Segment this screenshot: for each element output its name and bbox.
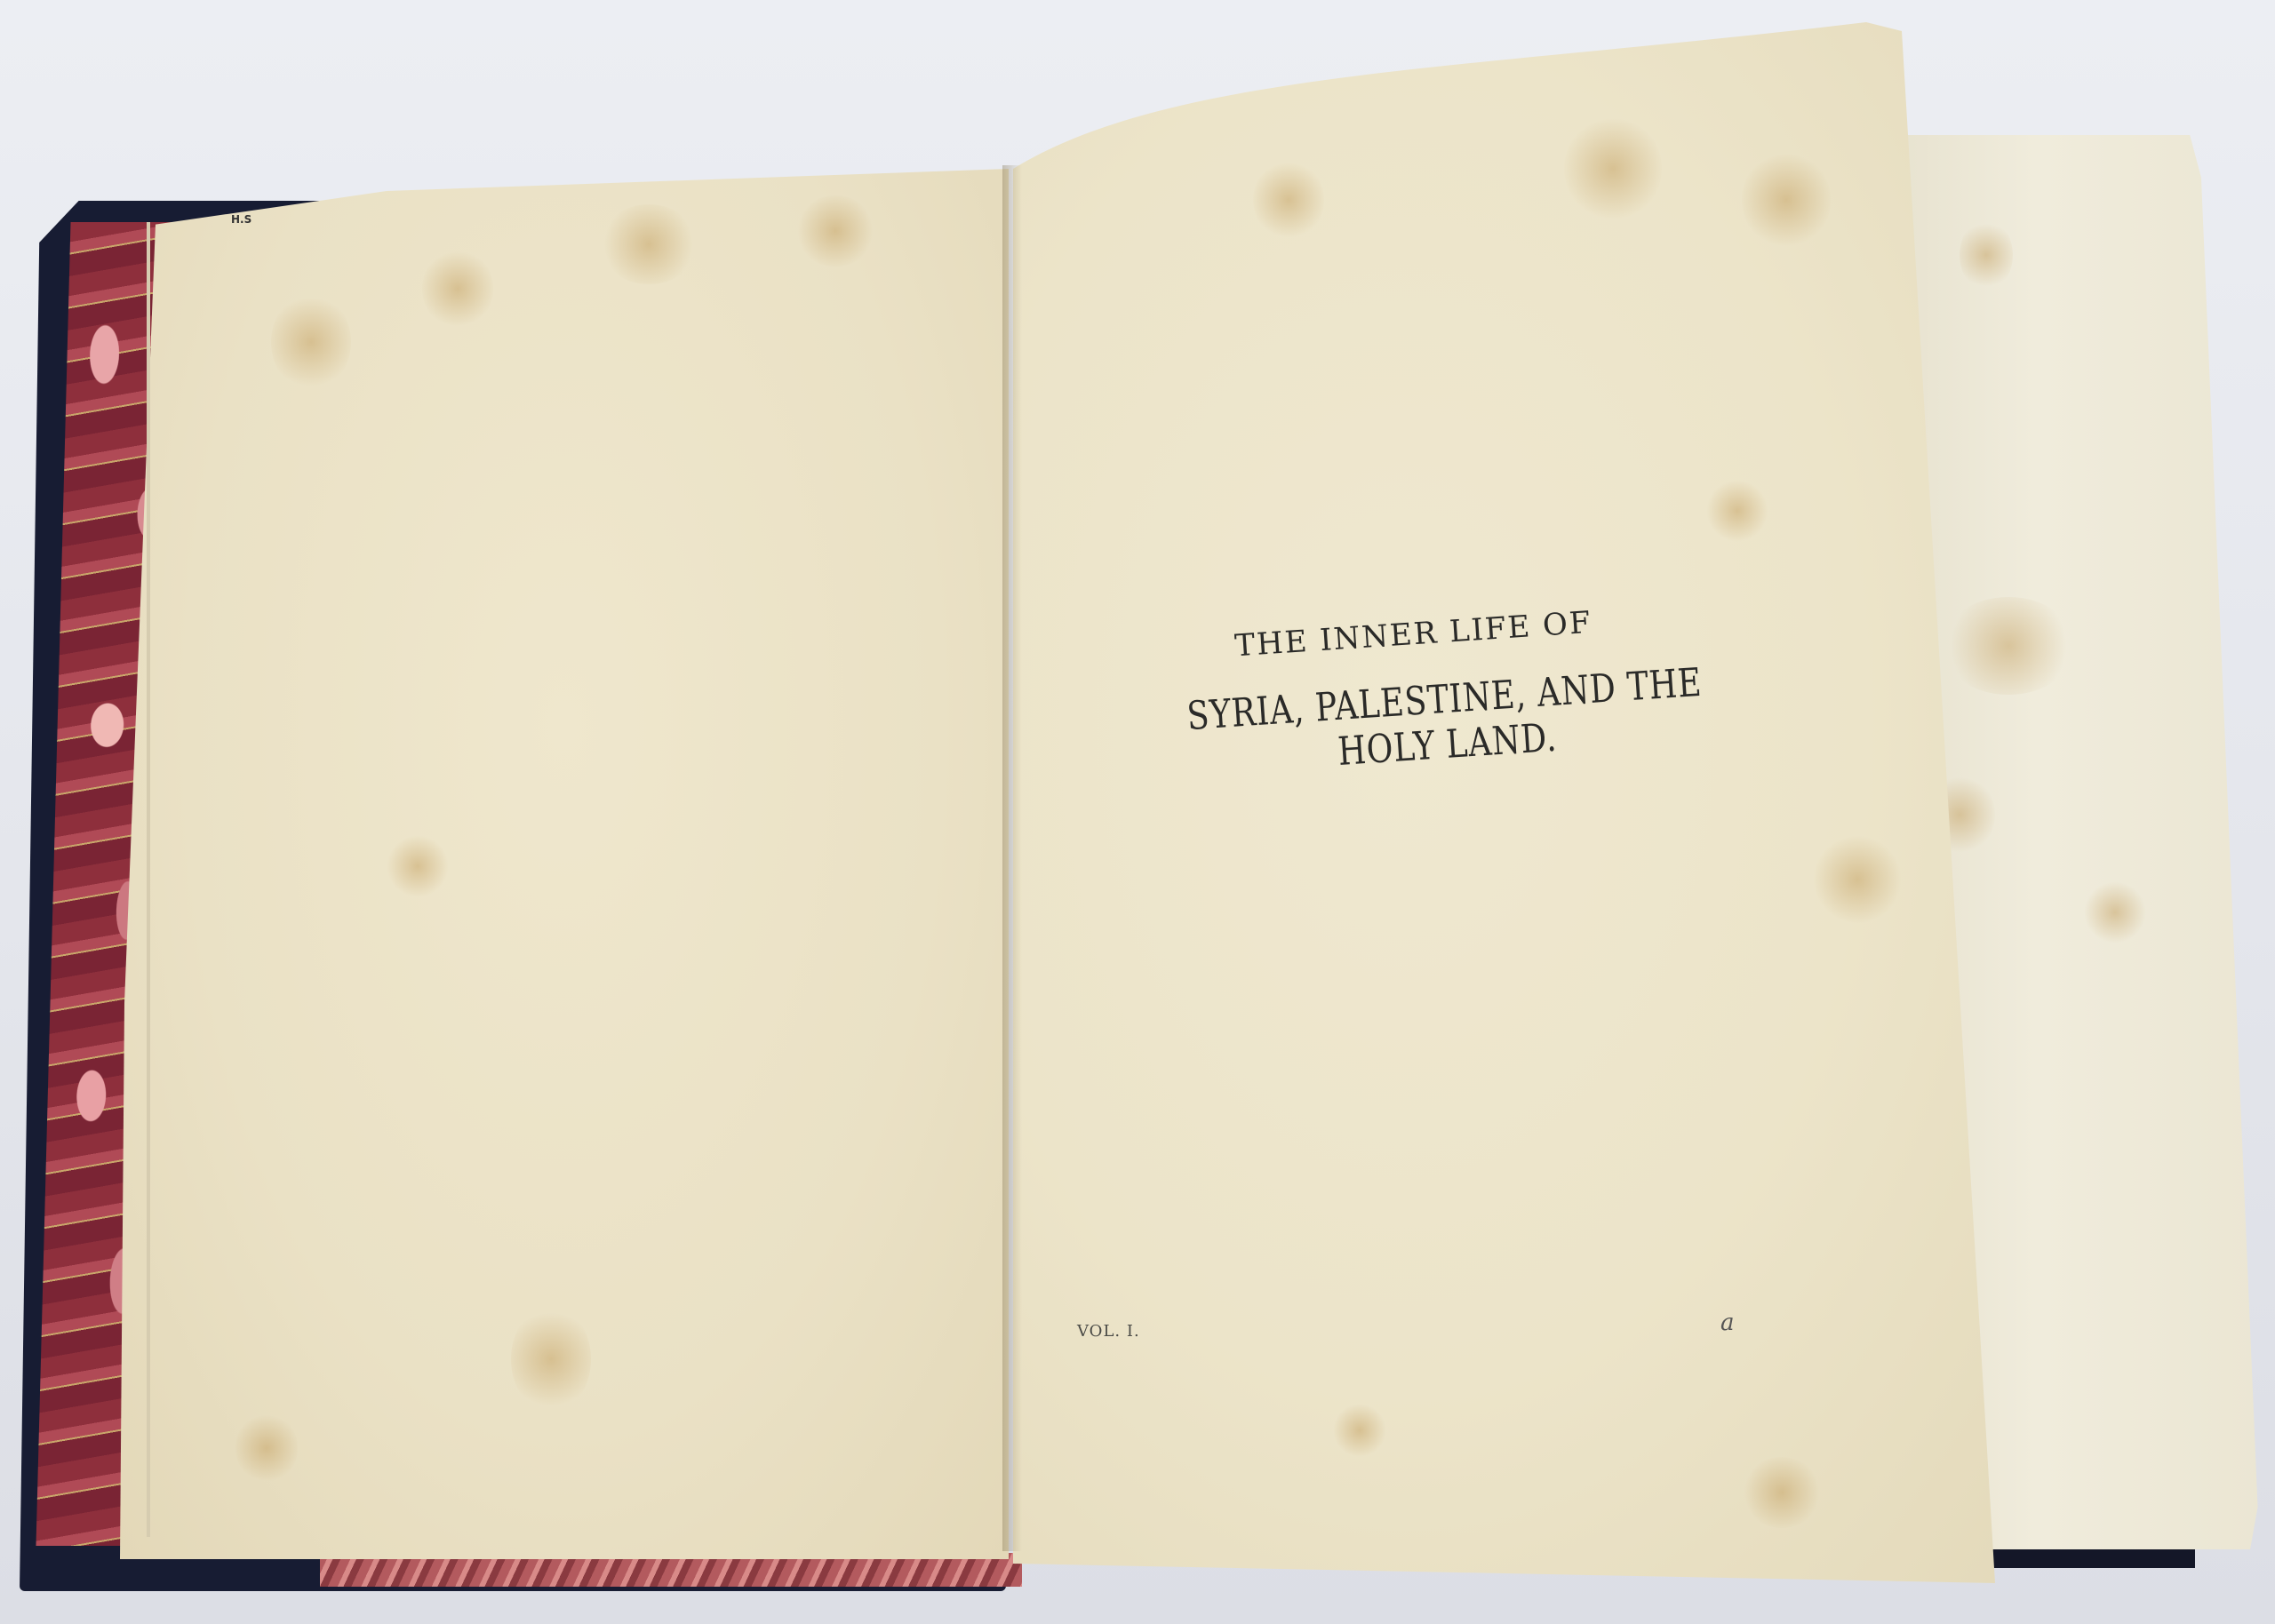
volume-label: VOL. I. — [1077, 1322, 1140, 1341]
signature-mark: a — [1720, 1310, 1735, 1336]
corner-mark: H.S — [231, 213, 251, 226]
foxing-stain — [795, 195, 875, 267]
foxing-stain — [271, 293, 351, 391]
foxing-stain — [600, 204, 698, 284]
foxing-stain — [1333, 1404, 1386, 1457]
foxing-stain — [1706, 480, 1768, 542]
title-page — [1013, 18, 1995, 1583]
foxing-stain — [1813, 835, 1902, 924]
foxing-stain — [235, 1413, 298, 1484]
foxing-stain — [1742, 1457, 1822, 1528]
page-edge — [147, 222, 150, 1537]
book-gutter — [1002, 165, 1022, 1551]
foxing-stain — [1942, 597, 2075, 695]
foxing-stain — [2084, 881, 2146, 943]
left-page — [120, 169, 1009, 1559]
foxing-stain — [1960, 219, 2013, 291]
foxing-stain — [1564, 115, 1662, 222]
foxing-stain — [422, 249, 493, 329]
foxing-stain — [1742, 151, 1831, 249]
foxing-stain — [511, 1306, 591, 1413]
foxing-stain — [387, 835, 449, 897]
foxing-stain — [1253, 160, 1324, 240]
